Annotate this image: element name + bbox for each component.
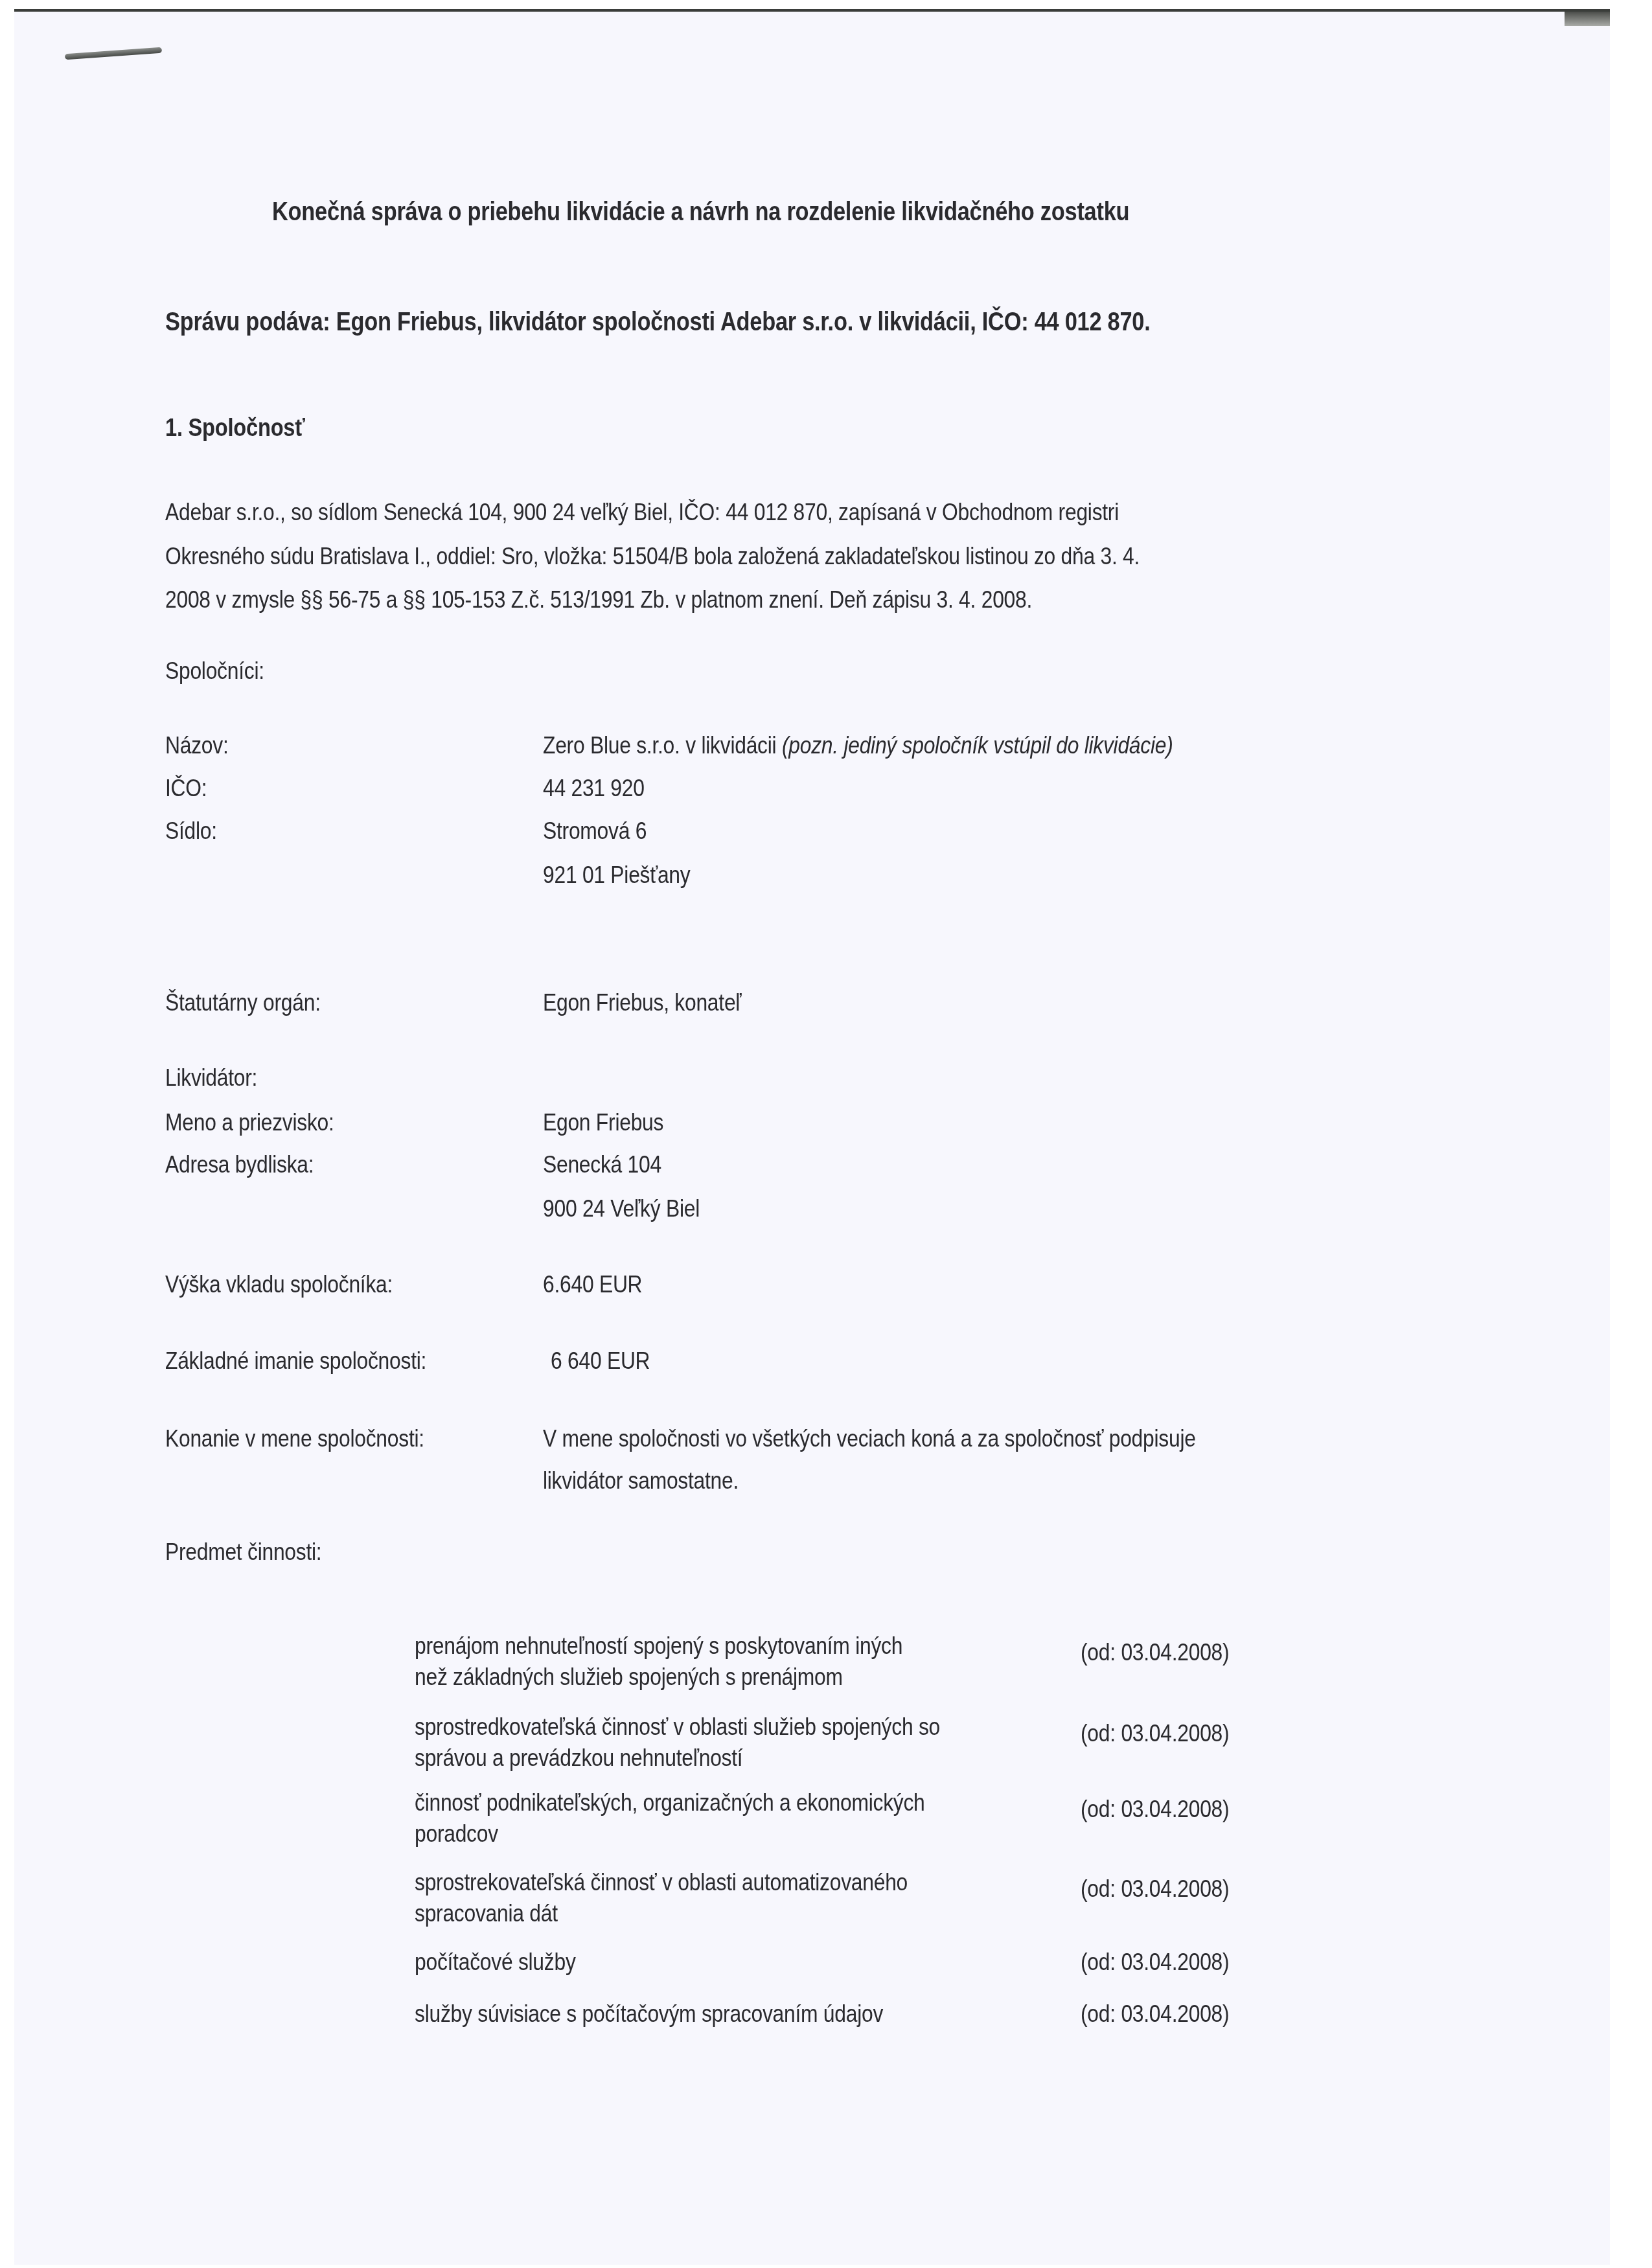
partner-seat-line1: Stromová 6 xyxy=(543,818,647,845)
liquidator-heading: Likvidátor: xyxy=(165,1064,257,1092)
activity-text-line: spracovania dát xyxy=(415,1900,558,1927)
activity-text-line: než základných služieb spojených s prená… xyxy=(415,1664,843,1691)
capital-value: 6 640 EUR xyxy=(551,1347,650,1375)
activity-since-date: (od: 03.04.2008) xyxy=(1081,1720,1229,1747)
contribution-label: Výška vkladu spoločníka: xyxy=(165,1271,393,1298)
activity-text-line: sprostredkovateľská činnosť v oblasti sl… xyxy=(415,1713,940,1741)
partner-ico-value: 44 231 920 xyxy=(543,775,645,802)
activity-text-line: poradcov xyxy=(415,1820,498,1848)
activity-text-line: prenájom nehnuteľností spojený s poskyto… xyxy=(415,1632,902,1660)
partner-ico-label: IČO: xyxy=(165,775,207,802)
activity-since-date: (od: 03.04.2008) xyxy=(1081,2000,1229,2028)
liquidator-address-line2: 900 24 Veľký Biel xyxy=(543,1195,700,1222)
activity-since-date: (od: 03.04.2008) xyxy=(1081,1949,1229,1976)
capital-label: Základné imanie spoločnosti: xyxy=(165,1347,426,1375)
acting-line2: likvidátor samostatne. xyxy=(543,1467,739,1495)
statutory-body-label: Štatutárny orgán: xyxy=(165,989,321,1016)
activity-text-line: služby súvisiace s počítačovým spracovan… xyxy=(415,2000,883,2028)
document-title: Konečná správa o priebehu likvidácie a n… xyxy=(272,198,1129,227)
contribution-value: 6.640 EUR xyxy=(543,1271,642,1298)
company-paragraph-line: Okresného súdu Bratislava I., oddiel: Sr… xyxy=(165,543,1140,570)
partner-name: Zero Blue s.r.o. v likvidácii xyxy=(543,732,782,759)
partner-name-label: Názov: xyxy=(165,732,228,759)
activities-label: Predmet činnosti: xyxy=(165,1539,321,1566)
activity-text-line: správou a prevádzkou nehnuteľností xyxy=(415,1745,742,1772)
page-edge-shadow xyxy=(1565,12,1610,26)
activity-text-line: sprostrekovateľská činnosť v oblasti aut… xyxy=(415,1869,908,1896)
acting-label: Konanie v mene spoločnosti: xyxy=(165,1425,424,1452)
acting-line1: V mene spoločnosti vo všetkých veciach k… xyxy=(543,1425,1196,1452)
submitted-by: Správu podáva: Egon Friebus, likvidátor … xyxy=(165,308,1151,337)
liquidator-name-label: Meno a priezvisko: xyxy=(165,1109,334,1136)
company-paragraph-line: 2008 v zmysle §§ 56-75 a §§ 105-153 Z.č.… xyxy=(165,586,1032,613)
partner-note: (pozn. jediný spoločník vstúpil do likvi… xyxy=(782,732,1173,759)
activity-since-date: (od: 03.04.2008) xyxy=(1081,1639,1229,1666)
statutory-body-value: Egon Friebus, konateľ xyxy=(543,989,741,1016)
liquidator-address-label: Adresa bydliska: xyxy=(165,1151,314,1178)
scanned-page xyxy=(14,9,1610,2265)
liquidator-name-value: Egon Friebus xyxy=(543,1109,663,1136)
liquidator-address-line1: Senecká 104 xyxy=(543,1151,661,1178)
company-paragraph-line: Adebar s.r.o., so sídlom Senecká 104, 90… xyxy=(165,499,1119,526)
activity-text-line: činnosť podnikateľských, organizačných a… xyxy=(415,1789,925,1816)
partners-heading: Spoločníci: xyxy=(165,658,264,685)
activity-text-line: počítačové služby xyxy=(415,1949,576,1976)
activity-since-date: (od: 03.04.2008) xyxy=(1081,1875,1229,1903)
partner-seat-line2: 921 01 Piešťany xyxy=(543,862,690,889)
partner-name-value: Zero Blue s.r.o. v likvidácii (pozn. jed… xyxy=(543,732,1173,759)
activity-since-date: (od: 03.04.2008) xyxy=(1081,1796,1229,1823)
section-heading-company: 1. Spoločnosť xyxy=(165,415,305,442)
partner-seat-label: Sídlo: xyxy=(165,818,217,845)
